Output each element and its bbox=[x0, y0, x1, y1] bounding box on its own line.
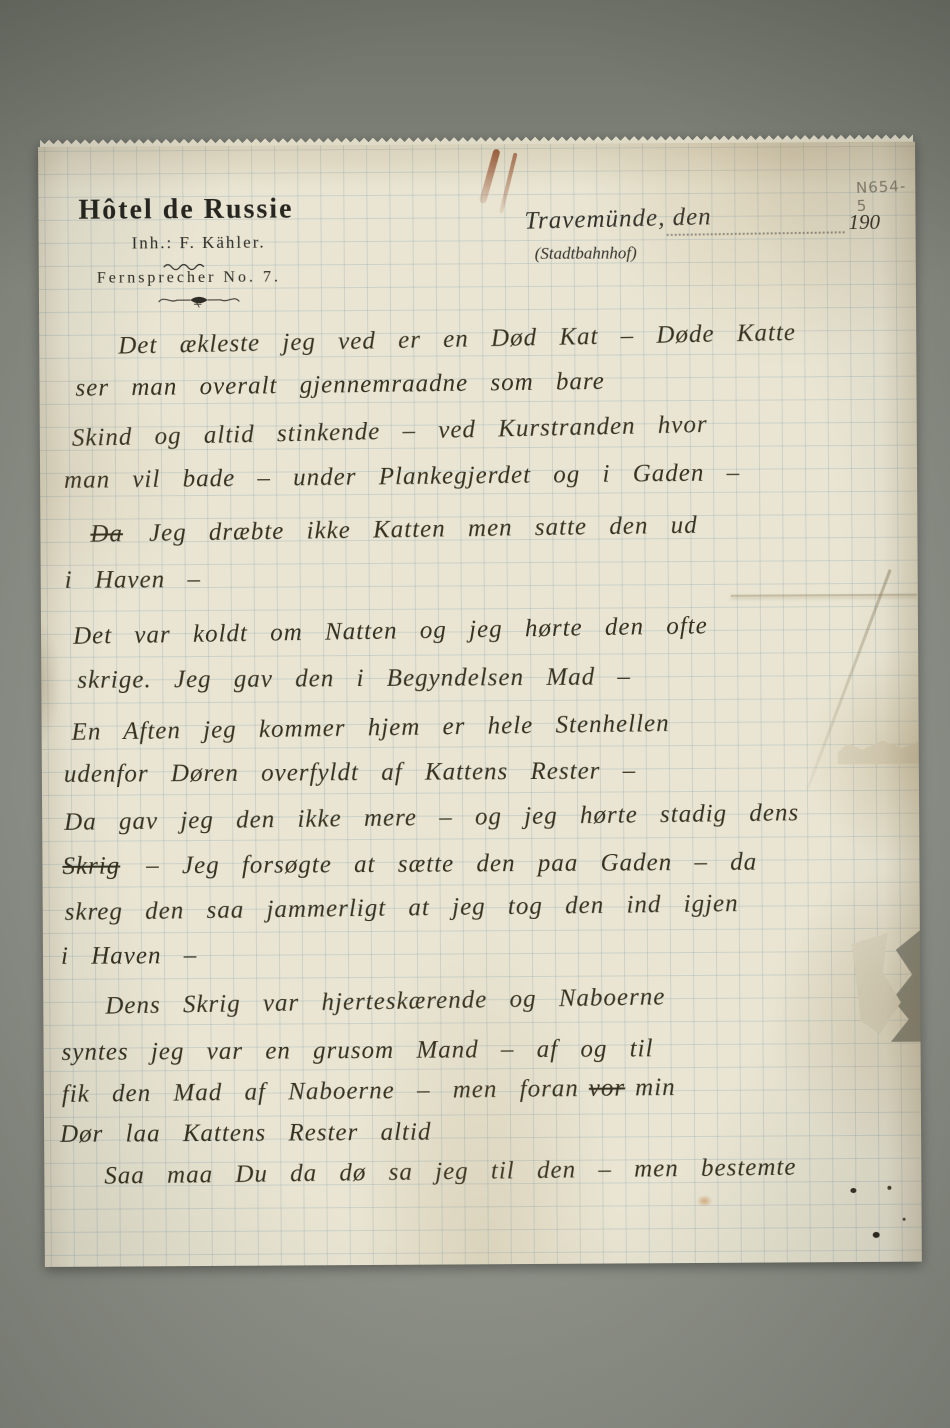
handwriting-line: i Haven – bbox=[61, 942, 197, 971]
handwriting-line: Det ækleste jeg ved er en Død Kat – Døde… bbox=[118, 319, 796, 361]
ink-spot bbox=[873, 1232, 880, 1238]
handwriting-line: Dør laa Kattens Rester altid bbox=[60, 1119, 431, 1149]
handwriting-line: i Haven – bbox=[65, 566, 201, 595]
handwriting-line: skrige. Jeg gav den i Begyndelsen Mad – bbox=[77, 663, 631, 694]
handwriting-line: Dens Skrig var hjerteskærende og Naboern… bbox=[105, 983, 666, 1020]
handwriting-line: En Aften jeg kommer hjem er hele Stenhel… bbox=[71, 710, 669, 747]
letterhead-station: (Stadtbahnhof) bbox=[535, 243, 637, 264]
handwriting-line: ser man overalt gjennemraadne som bare bbox=[75, 368, 605, 403]
handwriting-line: syntes jeg var en grusom Mand – af og ti… bbox=[61, 1035, 653, 1067]
handwriting-line: Da gav jeg den ikke mere – og jeg hørte … bbox=[64, 799, 799, 837]
handwriting-text: fik den Mad af Naboerne – men foran bbox=[62, 1075, 579, 1108]
ink-spot bbox=[887, 1186, 891, 1190]
handwriting-line: skreg den saa jammerligt at jeg tog den … bbox=[65, 890, 739, 927]
struck-word: vor bbox=[589, 1074, 626, 1101]
handwriting-text: – Jeg forsøgte at sætte den paa Gaden – … bbox=[146, 849, 757, 880]
handwriting-line: udenfor Døren overfyldt af Kattens Reste… bbox=[64, 757, 636, 788]
handwriting-line: man vil bade – under Plankegjerdet og i … bbox=[64, 459, 740, 495]
photo-backdrop: Hôtel de Russie Inh.: F. Kähler. Fernspr… bbox=[0, 0, 950, 1428]
handwriting-line: fik den Mad af Naboerne – men foranvormi… bbox=[62, 1074, 676, 1109]
dateline-dotted-rule bbox=[666, 205, 844, 236]
rust-stain bbox=[479, 148, 501, 204]
letterhead-hotel-name: Hôtel de Russie bbox=[78, 193, 293, 226]
letterhead-telephone: Fernsprecher No. 7. bbox=[97, 269, 281, 288]
stain bbox=[696, 1195, 712, 1207]
ink-spot bbox=[850, 1188, 856, 1193]
handwriting-text: Jeg dræbte ikke Katten men satte den ud bbox=[149, 512, 698, 547]
ornamental-rule-icon bbox=[157, 292, 241, 314]
struck-word: Skrig bbox=[62, 853, 120, 880]
rust-stain bbox=[499, 153, 518, 214]
paper-crease bbox=[731, 594, 917, 597]
ink-spot bbox=[903, 1218, 906, 1221]
pencil-archive-number: N654-5 bbox=[856, 177, 916, 215]
letterhead-proprietor: Inh.: F. Kähler. bbox=[132, 233, 266, 254]
handwriting-line: Skind og altid stinkende – ved Kurstrand… bbox=[72, 411, 708, 453]
struck-word: Da bbox=[90, 520, 123, 547]
paper-tear bbox=[838, 738, 920, 765]
paper-crease bbox=[38, 617, 62, 747]
graph-paper: Hôtel de Russie Inh.: F. Kähler. Fernspr… bbox=[38, 142, 922, 1267]
handwriting-text: min bbox=[635, 1074, 676, 1101]
letter-sheet: Hôtel de Russie Inh.: F. Kähler. Fernspr… bbox=[38, 134, 922, 1267]
handwriting-line: Skrig– Jeg forsøgte at sætte den paa Gad… bbox=[62, 849, 757, 881]
handwriting-line: Det var koldt om Natten og jeg hørte den… bbox=[73, 612, 708, 651]
handwriting-line: Saa maa Du da dø sa jeg til den – men be… bbox=[104, 1154, 796, 1191]
handwriting-line: DaJeg dræbte ikke Katten men satte den u… bbox=[90, 512, 698, 549]
